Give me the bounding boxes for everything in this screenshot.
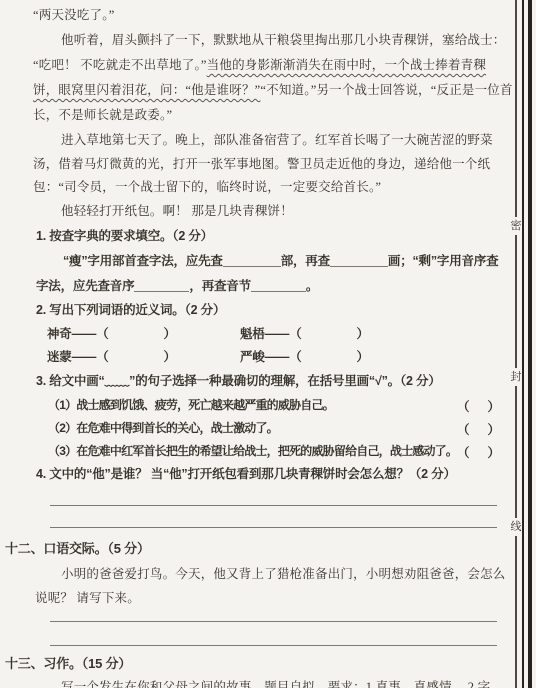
passage-line-1: “两天没吃了。” bbox=[33, 7, 114, 23]
bracket-open: （ bbox=[457, 446, 470, 460]
passage-line-4-normal: “不知道。”另一个战士回答说，“反正是一位首 bbox=[260, 83, 512, 97]
passage-line-3-normal: “吃吧！ 不吃就走不出草地了。” bbox=[33, 58, 207, 72]
bracket-close: ） bbox=[488, 423, 501, 437]
passage-line-6: 进入草地第七天了。晚上，部队准备宿营了。红军首长喝了一大碗苦涩的野菜 bbox=[61, 132, 493, 148]
answer-line[interactable] bbox=[50, 645, 497, 646]
answer-line[interactable] bbox=[50, 527, 497, 528]
synonym-close: ） bbox=[164, 350, 176, 364]
choice-item-2: （2）在危难中得到首长的关心，战士激动了。 bbox=[48, 420, 278, 436]
synonym-dash: ——（ bbox=[72, 327, 109, 341]
synonym-dash: ——（ bbox=[72, 350, 109, 364]
section-12-prompt-1: 小明的爸爸爱打鸟。今天，他又背上了猎枪准备出门，小明想劝阻爸爸，会怎么 bbox=[61, 566, 506, 582]
seal-line bbox=[515, 0, 517, 688]
answer-line[interactable] bbox=[50, 505, 497, 506]
answer-bracket-2[interactable]: （） bbox=[457, 420, 500, 438]
passage-line-7: 汤，借着马灯微黄的光，打开一张军事地图。警卫员走近他的身边，递给他一个纸 bbox=[33, 156, 490, 172]
bracket-close: ） bbox=[488, 446, 501, 460]
question-1-text-b: 部，再查 bbox=[281, 254, 330, 268]
synonym-word: 神奇 bbox=[47, 327, 72, 341]
fill-blank-syllable[interactable] bbox=[251, 279, 306, 292]
passage-line-9: 他轻轻打开纸包。啊！ 那是几块青稞饼！ bbox=[61, 203, 293, 219]
fill-blank-strokes[interactable] bbox=[330, 254, 388, 267]
question-1-row-1: “瘦”字用部首查字法，应先查部，再查画；“剩”字用音序查 bbox=[63, 253, 498, 269]
question-2-stem: 2. 写出下列词语的近义词。（2 分） bbox=[36, 302, 225, 318]
passage-line-3: “吃吧！ 不吃就走不出草地了。”当他的身影渐渐消失在雨中时，一个战士捧着青稞 bbox=[33, 57, 486, 73]
question-3-text-b: ”的句子选择一种最确切的理解，在括号里画“√”。（2 分） bbox=[129, 374, 441, 388]
passage-line-4-underlined: 饼，眼窝里闪着泪花，问：“他是谁呀？” bbox=[33, 83, 260, 97]
answer-line[interactable] bbox=[50, 621, 497, 622]
fill-blank-initial[interactable] bbox=[134, 279, 189, 292]
synonym-dash: ——（ bbox=[265, 350, 302, 364]
question-1-text-c: 画；“剩”字用音序查 bbox=[388, 254, 499, 268]
section-13-prompt-partial: 写一个发生在你和父母之间的故事，题目自拟。要求：1.真事，真感情。 2.字 bbox=[61, 679, 490, 688]
wavy-line-mark: ﹏﹏ bbox=[105, 374, 130, 388]
synonym-close: ） bbox=[357, 350, 369, 364]
section-13-title: 十三、习作。（15 分） bbox=[5, 656, 131, 672]
choice-item-1: （1）战士感到饥饿、疲劳，死亡越来越严重的威胁自己。 bbox=[48, 397, 334, 413]
synonym-close: ） bbox=[357, 327, 369, 341]
passage-line-3-underlined: 当他的身影渐渐消失在雨中时，一个战士捧着青稞 bbox=[207, 58, 486, 72]
question-1-text-d: 字法，应先查音序 bbox=[36, 279, 134, 293]
passage-line-8: 包：“司令员，一个战士留下的，临终时说，一定要交给首长。” bbox=[33, 179, 381, 195]
answer-bracket-1[interactable]: （） bbox=[457, 397, 500, 415]
synonym-item-4: 严峻——（） bbox=[240, 349, 369, 365]
question-3-stem: 3. 给文中画“﹏﹏”的句子选择一种最确切的理解，在括号里画“√”。（2 分） bbox=[36, 373, 441, 389]
bracket-open: （ bbox=[457, 400, 470, 414]
passage-line-4: 饼，眼窝里闪着泪花，问：“他是谁呀？”“不知道。”另一个战士回答说，“反正是一位… bbox=[33, 82, 513, 98]
question-3-text-a: 3. 给文中画“ bbox=[36, 374, 105, 388]
question-1-text-f: 。 bbox=[306, 279, 318, 293]
question-1-text-a: “瘦”字用部首查字法，应先查 bbox=[63, 254, 223, 268]
section-12-prompt-2: 说呢？ 请写下来。 bbox=[35, 590, 140, 606]
synonym-close: ） bbox=[164, 327, 176, 341]
synonym-item-1: 神奇——（） bbox=[47, 326, 176, 342]
question-1-row-2: 字法，应先查音序，再查音节。 bbox=[36, 278, 318, 294]
synonym-item-3: 迷蒙——（） bbox=[47, 349, 176, 365]
synonym-word: 迷蒙 bbox=[47, 350, 72, 364]
choice-item-3: （3）在危难中红军首长把生的希望让给战士，把死的威胁留给自己，战士感动了。 bbox=[48, 443, 457, 459]
passage-line-2: 他听着，眉头颤抖了一下，默默地从干粮袋里掏出那几小块青稞饼，塞给战士： bbox=[61, 32, 506, 48]
section-12-title: 十二、口语交际。（5 分） bbox=[5, 541, 150, 557]
answer-bracket-3[interactable]: （） bbox=[457, 443, 500, 461]
synonym-word: 魁梧 bbox=[240, 327, 265, 341]
page-border-line-outer bbox=[528, 0, 532, 688]
passage-line-5: 长，不是师长就是政委。” bbox=[33, 107, 172, 123]
question-1-stem: 1. 按查字典的要求填空。（2 分） bbox=[36, 228, 213, 244]
bracket-open: （ bbox=[457, 423, 470, 437]
question-4-stem: 4. 文中的“他”是谁？ 当“他”打开纸包看到那几块青稞饼时会怎么想？（2 分） bbox=[36, 466, 456, 482]
synonym-dash: ——（ bbox=[265, 327, 302, 341]
synonym-item-2: 魁梧——（） bbox=[240, 326, 369, 342]
question-1-text-e: ，再查音节 bbox=[189, 279, 251, 293]
synonym-word: 严峻 bbox=[240, 350, 265, 364]
fill-blank-radical[interactable] bbox=[223, 254, 281, 267]
bracket-close: ） bbox=[488, 400, 501, 414]
page-border-line-inner bbox=[522, 0, 524, 688]
exam-paper-page: “两天没吃了。” 他听着，眉头颤抖了一下，默默地从干粮袋里掏出那几小块青稞饼，塞… bbox=[0, 0, 536, 688]
